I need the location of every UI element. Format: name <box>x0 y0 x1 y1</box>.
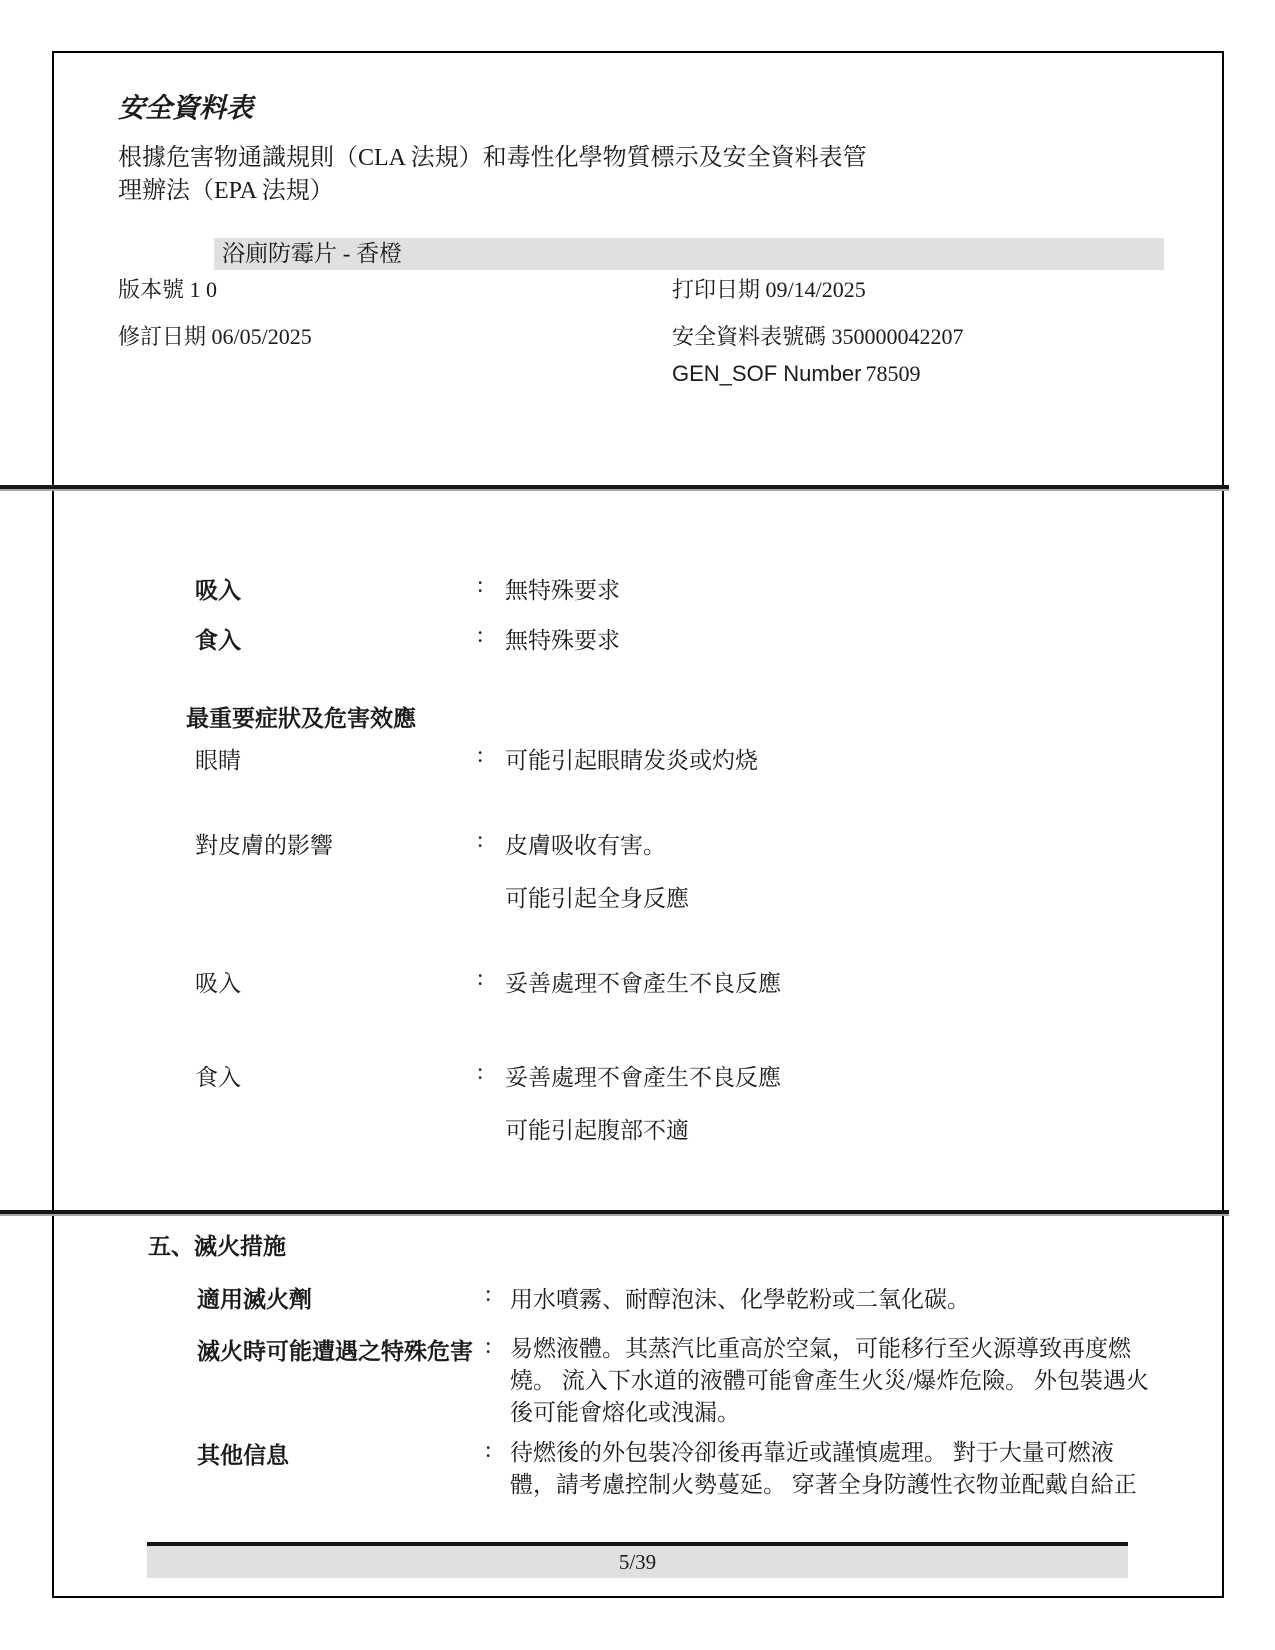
special-hazards-line-3: 後可能會熔化或洩漏。 <box>510 1397 1149 1429</box>
product-name-bar: 浴廁防霉片 - 香橙 <box>214 238 1164 270</box>
regulation-paragraph: 根據危害物通識規則（CLA 法規）和毒性化學物質標示及安全資料表管 理辦法（EP… <box>118 142 867 208</box>
row-value-ingestion-1: 無特殊要求 <box>505 622 620 655</box>
symptoms-heading: 最重要症狀及危害效應 <box>186 700 416 733</box>
row-value-inhalation-2: 妥善處理不會產生不良反應 <box>505 965 781 998</box>
row-value-special-hazards: 易燃液體。其蒸汽比重高於空氣，可能移行至火源導致再度燃 燒。 流入下水道的液體可… <box>510 1333 1149 1429</box>
row-label-skin: 對皮膚的影響 <box>195 827 333 860</box>
row-label-ingestion-2: 食入 <box>195 1059 241 1092</box>
row-value-skin-1: 皮膚吸收有害。 <box>505 827 666 860</box>
row-colon: : <box>477 742 483 768</box>
special-hazards-line-1: 易燃液體。其蒸汽比重高於空氣，可能移行至火源導致再度燃 <box>510 1333 1149 1365</box>
special-hazards-line-2: 燒。 流入下水道的液體可能會產生火災/爆炸危險。 外包裝遇火 <box>510 1365 1149 1397</box>
section-divider-middle <box>0 1210 1229 1216</box>
row-colon: : <box>485 1281 491 1307</box>
row-colon: : <box>477 572 483 598</box>
row-value-ingestion-2a: 妥善處理不會產生不良反應 <box>505 1059 781 1092</box>
row-label-special-hazards: 滅火時可能遭遇之特殊危害 <box>197 1333 473 1366</box>
document-title: 安全資料表 <box>118 86 253 125</box>
row-label-inhalation-2: 吸入 <box>195 965 241 998</box>
row-label-inhalation-1: 吸入 <box>195 572 241 605</box>
row-label-other-info: 其他信息 <box>197 1437 289 1470</box>
row-colon: : <box>477 622 483 648</box>
row-colon: : <box>485 1333 491 1359</box>
revision-date: 修訂日期 06/05/2025 <box>118 320 312 351</box>
section5-heading: 五、滅火措施 <box>148 1228 286 1261</box>
gen-sof-value: 78509 <box>866 361 921 386</box>
sds-document-page: 安全資料表 根據危害物通識規則（CLA 法規）和毒性化學物質標示及安全資料表管 … <box>0 0 1275 1650</box>
product-name: 浴廁防霉片 - 香橙 <box>222 238 402 270</box>
row-value-inhalation-1: 無特殊要求 <box>505 572 620 605</box>
row-value-extinguishing-media: 用水噴霧、耐醇泡沫、化學乾粉或二氧化碳。 <box>510 1281 970 1314</box>
row-colon: : <box>477 827 483 853</box>
version-number: 版本號 1 0 <box>118 273 217 304</box>
row-colon: : <box>485 1437 491 1463</box>
row-colon: : <box>477 965 483 991</box>
gen-sof-number: GEN_SOF Number 78509 <box>672 361 921 387</box>
regulation-line-1: 根據危害物通識規則（CLA 法規）和毒性化學物質標示及安全資料表管 <box>118 142 867 175</box>
row-colon: : <box>477 1059 483 1085</box>
regulation-line-2: 理辦法（EPA 法規） <box>118 175 867 208</box>
other-info-line-2: 體，請考慮控制火勢蔓延。 穿著全身防護性衣物並配戴自給正 <box>510 1469 1137 1501</box>
footer-page-bar: 5/39 <box>147 1542 1128 1578</box>
row-label-eyes: 眼睛 <box>195 742 241 775</box>
row-label-extinguishing-media: 適用滅火劑 <box>197 1281 312 1314</box>
section-divider-top <box>0 485 1229 491</box>
print-date: 打印日期 09/14/2025 <box>672 273 866 304</box>
row-value-eyes: 可能引起眼睛发炎或灼烧 <box>505 742 758 775</box>
gen-sof-label: GEN_SOF Number <box>672 361 862 386</box>
page-number: 5/39 <box>147 1546 1128 1578</box>
row-value-ingestion-2b: 可能引起腹部不適 <box>505 1112 689 1145</box>
other-info-line-1: 待燃後的外包裝冷卻後再靠近或謹慎處理。 對于大量可燃液 <box>510 1437 1137 1469</box>
row-value-skin-2: 可能引起全身反應 <box>505 880 689 913</box>
row-value-other-info: 待燃後的外包裝冷卻後再靠近或謹慎處理。 對于大量可燃液 體，請考慮控制火勢蔓延。… <box>510 1437 1137 1501</box>
sds-number: 安全資料表號碼 350000042207 <box>672 320 964 351</box>
row-label-ingestion-1: 食入 <box>195 622 241 655</box>
